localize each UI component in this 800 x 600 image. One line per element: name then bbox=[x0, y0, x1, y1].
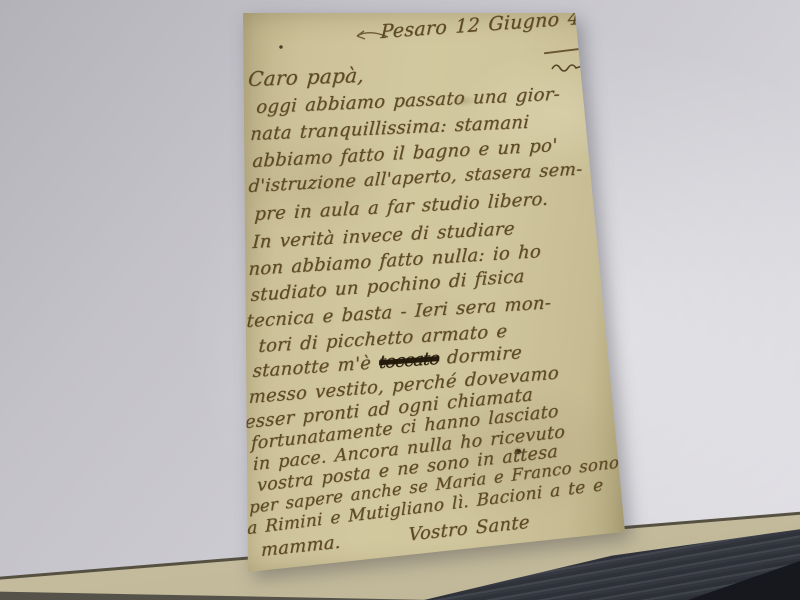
handwritten-text: stanotte m'è bbox=[252, 352, 379, 382]
handwritten-text: nata tranquillissima: stamani bbox=[250, 112, 530, 145]
handwritten-text: oggi abbiamo passato una gior- bbox=[256, 84, 561, 118]
body-line: tori di picchetto armato e bbox=[258, 321, 508, 357]
signature-line: mamma.Vostro Sante bbox=[261, 512, 530, 561]
body-line: nata tranquillissima: stamani bbox=[250, 112, 530, 145]
date-flourish-mark bbox=[355, 27, 389, 46]
body-line: in pace. Ancora nulla ho ricevuto bbox=[253, 422, 565, 475]
handwritten-text: tori di picchetto armato e bbox=[258, 321, 508, 357]
ink-blot bbox=[515, 449, 521, 454]
salutation-line: Caro papà, bbox=[247, 63, 365, 91]
handwritten-text: d'istruzione all'aperto, stasera sem- bbox=[248, 159, 583, 197]
body-line: fortunatamente ci hanno lasciato bbox=[251, 402, 559, 454]
handwritten-text: a Rimini e Mutigliano lì. Bacioni a te e bbox=[247, 475, 604, 539]
body-line: oggi abbiamo passato una gior- bbox=[256, 84, 561, 118]
body-line: esser pronti ad ogni chiamata bbox=[245, 384, 533, 433]
handwritten-text: pre in aula a far studio libero. bbox=[254, 189, 549, 225]
body-line: d'istruzione all'aperto, stasera sem- bbox=[248, 159, 583, 197]
photo-of-handwritten-letter: Pesaro 12 Giugno 43Caro papà,oggi abbiam… bbox=[0, 0, 800, 600]
handwritten-text: per sapere anche se Maria e Franco sono bbox=[249, 453, 619, 518]
strikethrough-word: toccato bbox=[379, 348, 440, 373]
body-line: studiato un pochino di fisica bbox=[250, 266, 525, 306]
body-line: a Rimini e Mutigliano lì. Bacioni a te e bbox=[247, 475, 604, 539]
handwritten-text: tecnica e basta - Ieri sera mon- bbox=[246, 292, 552, 332]
handwriting: Pesaro 12 Giugno 43Caro papà,oggi abbiam… bbox=[243, 13, 625, 572]
handwritten-text: dormire bbox=[439, 342, 523, 369]
handwritten-text: Vostro Sante bbox=[408, 512, 529, 546]
handwritten-text: Caro papà, bbox=[247, 63, 365, 91]
paper-dent bbox=[451, 95, 477, 107]
handwritten-text: In verità invece di studiare bbox=[252, 218, 515, 253]
handwritten-text: studiato un pochino di fisica bbox=[250, 266, 525, 306]
body-line: messo vestito, perché dovevamo bbox=[248, 363, 559, 409]
handwritten-text: vostra posta e ne sono in attesa bbox=[257, 442, 558, 496]
handwritten-text: abbiamo fatto il bagno e un po' bbox=[252, 135, 558, 172]
handwritten-text: messo vestito, perché dovevamo bbox=[248, 363, 559, 409]
letter-paper: Pesaro 12 Giugno 43Caro papà,oggi abbiam… bbox=[243, 13, 625, 572]
body-line: non abbiamo fatto nulla: io ho bbox=[248, 241, 541, 280]
body-line: tecnica e basta - Ieri sera mon- bbox=[246, 292, 552, 332]
handwritten-text: in pace. Ancora nulla ho ricevuto bbox=[253, 422, 565, 475]
body-line: pre in aula a far studio libero. bbox=[254, 189, 549, 225]
paper-hole bbox=[279, 45, 283, 49]
handwritten-text: fortunatamente ci hanno lasciato bbox=[251, 402, 559, 454]
body-line: stanotte m'è toccato dormire bbox=[252, 342, 522, 382]
body-line: vostra posta e ne sono in attesa bbox=[257, 442, 558, 496]
body-line: In verità invece di studiare bbox=[252, 218, 515, 253]
handwritten-text: esser pronti ad ogni chiamata bbox=[245, 384, 533, 433]
handwritten-text: non abbiamo fatto nulla: io ho bbox=[248, 241, 541, 280]
handwritten-text: mamma. bbox=[261, 532, 341, 561]
paper-sheet: Pesaro 12 Giugno 43Caro papà,oggi abbiam… bbox=[243, 13, 625, 572]
date-underline-mark bbox=[544, 48, 582, 55]
body-line: per sapere anche se Maria e Franco sono bbox=[249, 453, 619, 518]
date-scribble-mark bbox=[551, 58, 583, 77]
body-line: abbiamo fatto il bagno e un po' bbox=[252, 135, 558, 172]
